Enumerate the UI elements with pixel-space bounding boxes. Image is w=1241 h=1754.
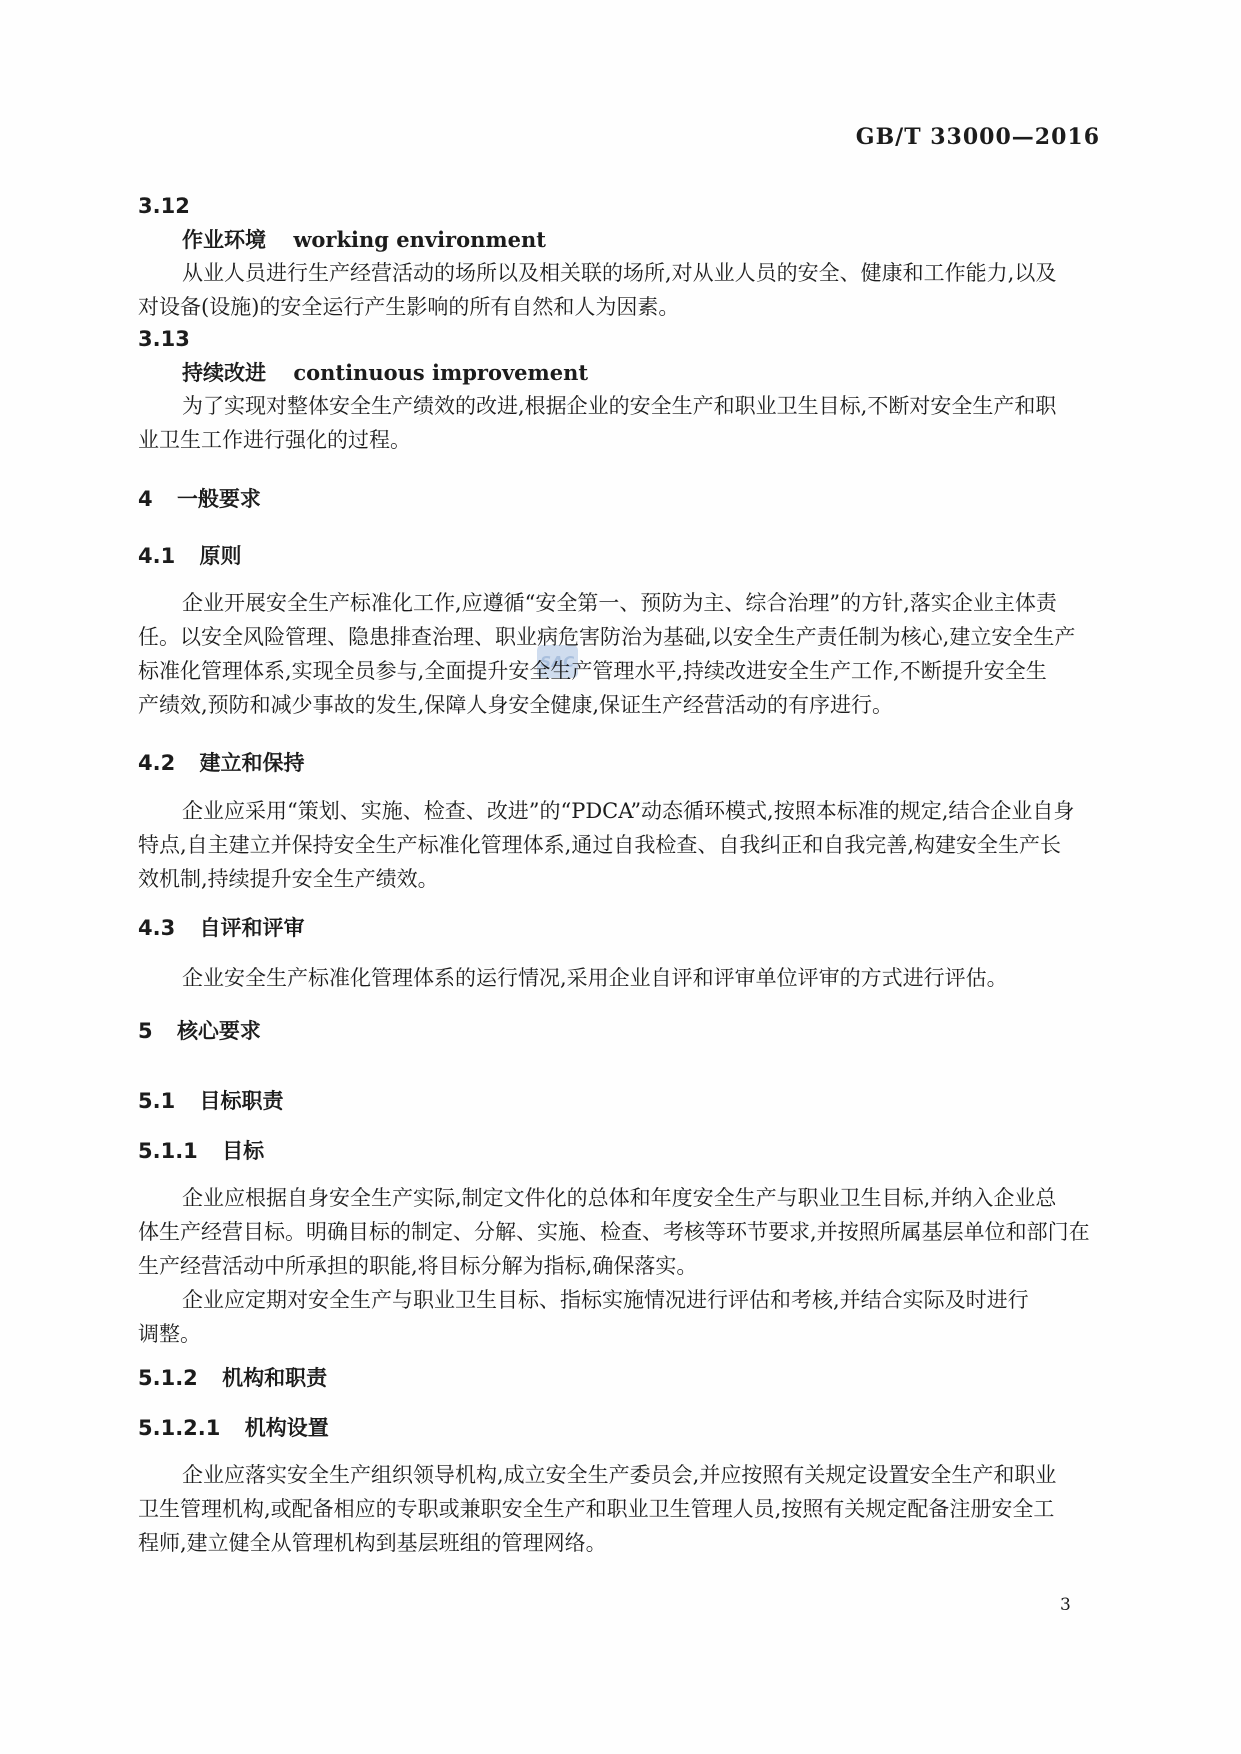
definition-number-3-13: 3.13 — [138, 322, 1100, 356]
paragraph-line: 卫生管理机构,或配备相应的专职或兼职安全生产和职业卫生管理人员,按照有关规定配备… — [138, 1492, 1100, 1526]
paragraph-line: 企业安全生产标准化管理体系的运行情况,采用企业自评和评审单位评审的方式进行评估。 — [138, 961, 1144, 995]
clause-title: 机构和职责 — [222, 1366, 327, 1390]
clause-5-1-2-1-heading: 5.1.2.1 机构设置 — [138, 1411, 1100, 1445]
paragraph-line: 程师,建立健全从管理机构到基层班组的管理网络。 — [138, 1526, 1100, 1560]
clause-5-1-heading: 5.1 目标职责 — [138, 1084, 1100, 1118]
definition-number-3-12: 3.12 — [138, 189, 1100, 223]
paragraph-line: 任。以安全风险管理、隐患排查治理、职业病危害防治为基础,以安全生产责任制为核心,… — [138, 620, 1100, 654]
clause-number: 5.1 — [138, 1089, 175, 1113]
clause-number: 4.2 — [138, 751, 175, 775]
body-line: 对设备(设施)的安全运行产生影响的所有自然和人为因素。 — [138, 290, 1100, 324]
paragraph-line: 效机制,持续提升安全生产绩效。 — [138, 862, 1100, 896]
paragraph-line: 企业应定期对安全生产与职业卫生目标、指标实施情况进行评估和考核,并结合实际及时进… — [138, 1283, 1144, 1317]
definition-term-3-12: 作业环境 working environment — [138, 223, 1144, 257]
paragraph-line: 体生产经营目标。明确目标的制定、分解、实施、检查、考核等环节要求,并按照所属基层… — [138, 1215, 1100, 1249]
paragraph-line: 特点,自主建立并保持安全生产标准化管理体系,通过自我检查、自我纠正和自我完善,构… — [138, 828, 1100, 862]
paragraph-line: 企业应采用“策划、实施、检查、改进”的“PDCA”动态循环模式,按照本标准的规定… — [138, 794, 1144, 828]
clause-number: 4.1 — [138, 544, 175, 568]
definition-term-3-13: 持续改进 continuous improvement — [138, 356, 1144, 390]
clause-5-1-2-heading: 5.1.2 机构和职责 — [138, 1361, 1100, 1395]
clause-4-3-heading: 4.3 自评和评审 — [138, 911, 1100, 945]
document-page: SAC GB/T 33000—2016 3.12 作业环境 working en… — [0, 0, 1241, 1754]
paragraph-line: 生产经营活动中所承担的职能,将目标分解为指标,确保落实。 — [138, 1249, 1100, 1283]
clause-number: 5.1.1 — [138, 1139, 198, 1163]
clause-4-heading: 4 一般要求 — [138, 482, 1100, 516]
clause-title: 建立和保持 — [200, 751, 305, 775]
definition-term-en: continuous improvement — [293, 360, 588, 385]
clause-number: 4.3 — [138, 916, 175, 940]
clause-5-heading: 5 核心要求 — [138, 1014, 1100, 1048]
paragraph-line: 标准化管理体系,实现全员参与,全面提升安全生产管理水平,持续改进安全生产工作,不… — [138, 654, 1100, 688]
paragraph-line: 企业应落实安全生产组织领导机构,成立安全生产委员会,并应按照有关规定设置安全生产… — [138, 1458, 1144, 1492]
doc-code-header: GB/T 33000—2016 — [138, 124, 1110, 150]
clause-title: 目标 — [222, 1139, 264, 1163]
clause-title: 一般要求 — [177, 487, 261, 511]
clause-number: 5.1.2.1 — [138, 1416, 220, 1440]
clause-4-2-heading: 4.2 建立和保持 — [138, 746, 1100, 780]
clause-title: 自评和评审 — [200, 916, 305, 940]
clause-title: 原则 — [200, 544, 242, 568]
clause-number: 5 — [138, 1019, 153, 1043]
body-line: 从业人员进行生产经营活动的场所以及相关联的场所,对从业人员的安全、健康和工作能力… — [138, 256, 1144, 290]
paragraph-line: 企业开展安全生产标准化工作,应遵循“安全第一、预防为主、综合治理”的方针,落实企… — [138, 586, 1144, 620]
paragraph-line: 调整。 — [138, 1317, 1100, 1351]
clause-title: 目标职责 — [200, 1089, 284, 1113]
clause-number: 4 — [138, 487, 153, 511]
body-line: 为了实现对整体安全生产绩效的改进,根据企业的安全生产和职业卫生目标,不断对安全生… — [138, 389, 1144, 423]
paragraph-line: 产绩效,预防和减少事故的发生,保障人身安全健康,保证生产经营活动的有序进行。 — [138, 688, 1100, 722]
clause-5-1-1-heading: 5.1.1 目标 — [138, 1134, 1100, 1168]
clause-title: 机构设置 — [245, 1416, 329, 1440]
clause-number: 5.1.2 — [138, 1366, 198, 1390]
page-number: 3 — [1060, 1594, 1071, 1616]
definition-term-zh: 持续改进 — [182, 361, 266, 385]
definition-term-zh: 作业环境 — [182, 228, 266, 252]
body-line: 业卫生工作进行强化的过程。 — [138, 423, 1100, 457]
definition-term-en: working environment — [293, 227, 546, 252]
paragraph-line: 企业应根据自身安全生产实际,制定文件化的总体和年度安全生产与职业卫生目标,并纳入… — [138, 1181, 1144, 1215]
clause-4-1-heading: 4.1 原则 — [138, 539, 1100, 573]
clause-title: 核心要求 — [177, 1019, 261, 1043]
